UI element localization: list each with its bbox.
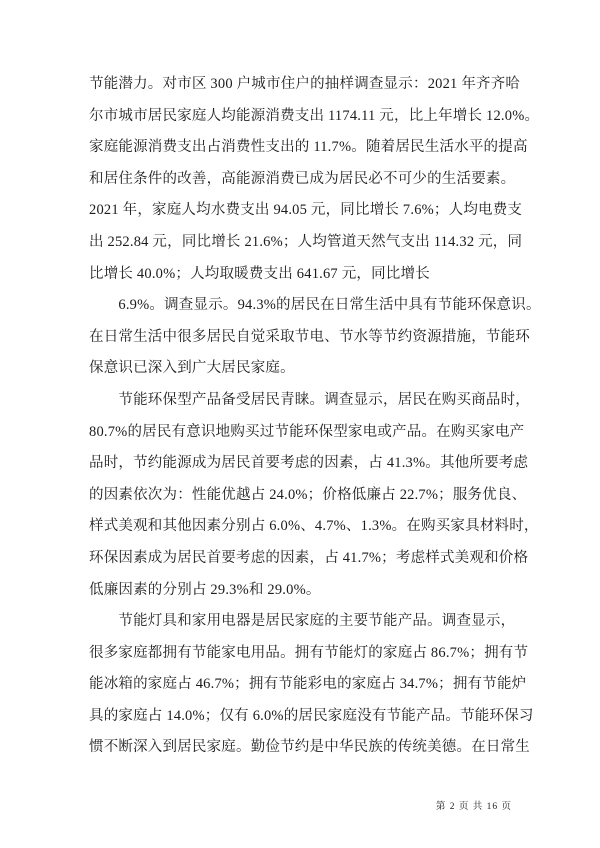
text-line: 家庭能源消费支出占消费性支出的 11.7%。随着居民生活水平的提高 bbox=[89, 132, 549, 164]
text-line: 惯不断深入到居民家庭。勤俭节约是中华民族的传统美德。在日常生 bbox=[89, 732, 549, 764]
text-line: 节能灯具和家用电器是居民家庭的主要节能产品。调查显示， bbox=[89, 606, 549, 638]
text-line: 保意识已深入到广大居民家庭。 bbox=[89, 353, 549, 385]
text-line: 环保因素成为居民首要考虑的因素，占 41.7%；考虑样式美观和价格 bbox=[89, 543, 549, 575]
document-page: 节能潜力。对市区 300 户城市住户的抽样调查显示：2021 年齐齐哈尔市城市居… bbox=[0, 0, 600, 848]
text-line: 80.7%的居民有意识地购买过节能环保型家电或产品。在购买家电产 bbox=[89, 417, 549, 449]
text-line: 的因素依次为：性能优越占 24.0%；价格低廉占 22.7%；服务优良、 bbox=[89, 480, 549, 512]
text-line: 品时，节约能源成为居民首要考虑的因素，占 41.3%。其他所要考虑 bbox=[89, 448, 549, 480]
text-line: 节能环保型产品备受居民青睐。调查显示，居民在购买商品时， bbox=[89, 385, 549, 417]
text-line: 6.9%。调查显示。94.3%的居民在日常生活中具有节能环保意识。 bbox=[89, 290, 549, 322]
text-line: 很多家庭都拥有节能家电用品。拥有节能灯的家庭占 86.7%；拥有节 bbox=[89, 638, 549, 670]
text-line: 出 252.84 元，同比增长 21.6%；人均管道天然气支出 114.32 元… bbox=[89, 227, 549, 259]
text-line: 能冰箱的家庭占 46.7%；拥有节能彩电的家庭占 34.7%；拥有节能炉 bbox=[89, 669, 549, 701]
text-line: 尔市城市居民家庭人均能源消费支出 1174.11 元，比上年增长 12.0%。 bbox=[89, 101, 549, 133]
text-line: 在日常生活中很多居民自觉采取节电、节水等节约资源措施，节能环 bbox=[89, 322, 549, 354]
text-line: 低廉因素的分别占 29.3%和 29.0%。 bbox=[89, 575, 549, 607]
page-footer: 第 2 页 共 16 页 bbox=[422, 786, 512, 828]
text-line: 2021 年，家庭人均水费支出 94.05 元，同比增长 7.6%；人均电费支 bbox=[89, 195, 549, 227]
text-line: 样式美观和其他因素分别占 6.0%、4.7%、1.3%。在购买家具材料时， bbox=[89, 511, 549, 543]
text-line: 具的家庭占 14.0%；仅有 6.0%的居民家庭没有节能产品。节能环保习 bbox=[89, 701, 549, 733]
text-line: 和居住条件的改善，高能源消费已成为居民必不可少的生活要素。 bbox=[89, 164, 549, 196]
page-number-text: 第 2 页 共 16 页 bbox=[436, 802, 512, 812]
text-line: 节能潜力。对市区 300 户城市住户的抽样调查显示：2021 年齐齐哈 bbox=[89, 69, 549, 101]
text-line: 比增长 40.0%；人均取暖费支出 641.67 元，同比增长 bbox=[89, 259, 549, 291]
document-body: 节能潜力。对市区 300 户城市住户的抽样调查显示：2021 年齐齐哈尔市城市居… bbox=[89, 69, 549, 764]
